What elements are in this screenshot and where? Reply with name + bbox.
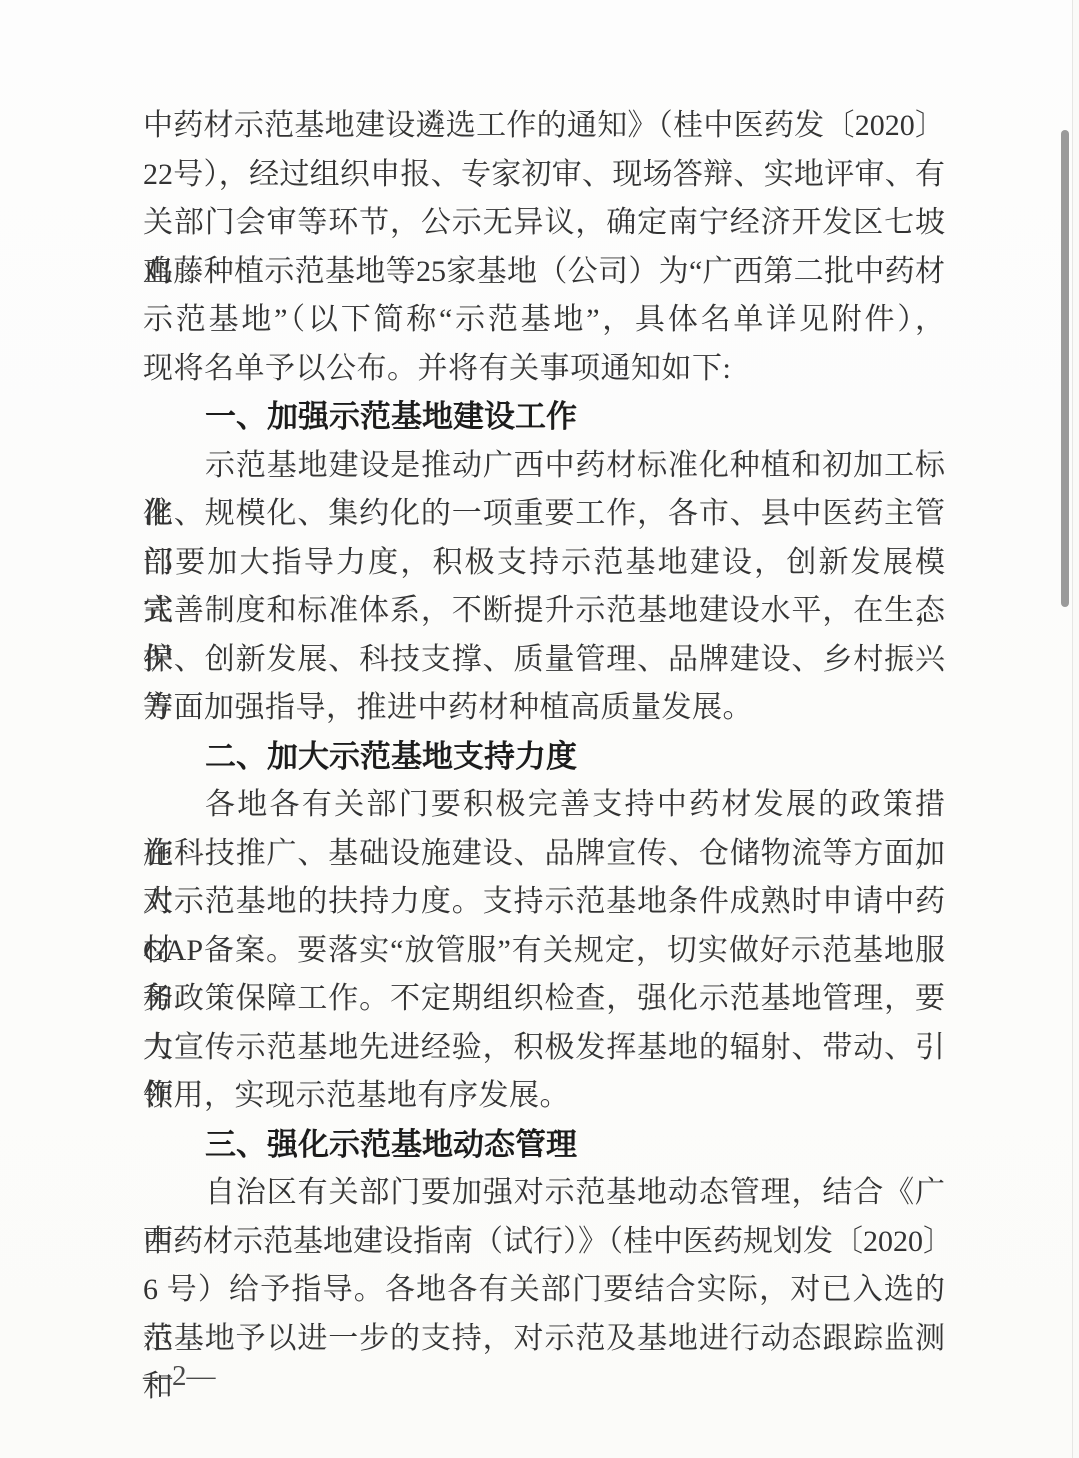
scrollbar-thumb[interactable] bbox=[1061, 130, 1069, 607]
text-line: 门要加大指导力度，积极支持示范基地建设，创新发展模式， bbox=[143, 539, 945, 588]
text-line: GAP备案。要落实“放管服”有关规定，切实做好示范基地服务 bbox=[143, 927, 945, 976]
text-line: 自治区有关部门要加强对示范基地动态管理，结合《广西 bbox=[143, 1169, 945, 1218]
text-line: 各地各有关部门要积极完善支持中药材发展的政策措施， bbox=[143, 781, 945, 830]
section-heading: 三、强化示范基地动态管理 bbox=[143, 1121, 945, 1170]
page-edge-divider bbox=[1072, 0, 1079, 1458]
text-line: 方面加强指导，推进中药材种植高质量发展。 bbox=[143, 684, 945, 733]
text-line: 示范基地建设是推动广西中药材标准化种植和初加工标准 bbox=[143, 442, 945, 491]
text-line: 6 号）给予指导。各地各有关部门要结合实际，对已入选的示 bbox=[143, 1266, 945, 1315]
text-line: 完善制度和标准体系，不断提升示范基地建设水平，在生态保 bbox=[143, 587, 945, 636]
section-heading: 一、加强示范基地建设工作 bbox=[143, 393, 945, 442]
text-line: 血藤种植示范基地等25家基地（公司）为“广西第二批中药材 bbox=[143, 248, 945, 297]
document-text: 中药材示范基地建设遴选工作的通知》（桂中医药发〔2020〕22号），经过组织申报… bbox=[143, 102, 945, 1363]
text-line: 范基地予以进一步的支持，对示范及基地进行动态跟踪监测和 bbox=[143, 1315, 945, 1364]
text-line: 作用，实现示范基地有序发展。 bbox=[143, 1072, 945, 1121]
text-line: 在科技推广、基础设施建设、品牌宣传、仓储物流等方面加大 bbox=[143, 830, 945, 879]
text-line: 护、创新发展、科技支撑、质量管理、品牌建设、乡村振兴等 bbox=[143, 636, 945, 685]
text-line: 力宣传示范基地先进经验，积极发挥基地的辐射、带动、引领 bbox=[143, 1024, 945, 1073]
text-line: 22号），经过组织申报、专家初审、现场答辩、实地评审、有 bbox=[143, 151, 945, 200]
text-line: 中药材示范基地建设指南（试行）》（桂中医药规划发〔2020〕 bbox=[143, 1218, 945, 1267]
text-line: 对示范基地的扶持力度。支持示范基地条件成熟时申请中药材 bbox=[143, 878, 945, 927]
page-number: —2— bbox=[143, 1356, 216, 1396]
text-line: 中药材示范基地建设遴选工作的通知》（桂中医药发〔2020〕 bbox=[143, 102, 945, 151]
document-page: 中药材示范基地建设遴选工作的通知》（桂中医药发〔2020〕22号），经过组织申报… bbox=[0, 0, 1079, 1458]
section-heading: 二、加大示范基地支持力度 bbox=[143, 733, 945, 782]
text-line: 示范基地”（以下简称“示范基地”，具体名单详见附件）， bbox=[143, 296, 945, 345]
text-line: 现将名单予以公布。并将有关事项通知如下: bbox=[143, 345, 945, 394]
text-line: 和政策保障工作。不定期组织检查，强化示范基地管理，要大 bbox=[143, 975, 945, 1024]
text-line: 化、规模化、集约化的一项重要工作，各市、县中医药主管部 bbox=[143, 490, 945, 539]
text-line: 关部门会审等环节，公示无异议，确定南宁经济开发区七坡鸡 bbox=[143, 199, 945, 248]
